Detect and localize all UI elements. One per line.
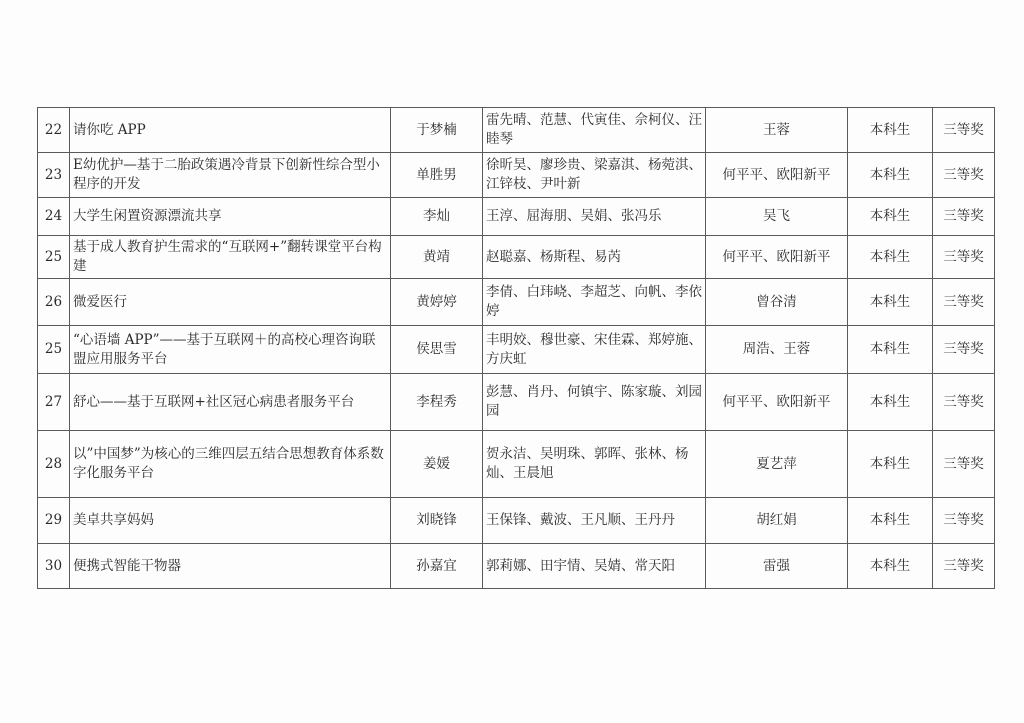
advisor: 胡红娟 — [706, 498, 848, 544]
team-members: 王淳、屈海朋、吴娟、张冯乐 — [483, 198, 706, 236]
project-leader: 侯思雪 — [391, 326, 483, 374]
project-leader: 李程秀 — [391, 374, 483, 431]
advisor: 雷强 — [706, 544, 848, 589]
student-level: 本科生 — [848, 374, 933, 431]
project-title: 舒心——基于互联网+社区冠心病患者服务平台 — [70, 374, 391, 431]
row-number: 25 — [38, 236, 70, 279]
table-row: 30 便携式智能干物器 孙嘉宜 郭莉娜、田宇情、吴婧、常天阳 雷强 本科生 三等… — [38, 544, 995, 589]
table-row: 25 基于成人教育护生需求的“互联网+”翻转课堂平台构建 黄靖 赵聪嘉、杨斯程、… — [38, 236, 995, 279]
project-leader: 黄婷婷 — [391, 279, 483, 326]
project-title: 基于成人教育护生需求的“互联网+”翻转课堂平台构建 — [70, 236, 391, 279]
advisor: 周浩、王蓉 — [706, 326, 848, 374]
project-leader: 刘晓锋 — [391, 498, 483, 544]
table-row: 24 大学生闲置资源漂流共享 李灿 王淳、屈海朋、吴娟、张冯乐 吴飞 本科生 三… — [38, 198, 995, 236]
advisor: 何平平、欧阳新平 — [706, 374, 848, 431]
table-row: 29 美卓共享妈妈 刘晓锋 王保锋、戴波、王凡顺、王丹丹 胡红娟 本科生 三等奖 — [38, 498, 995, 544]
table-row: 22 请你吃 APP 于梦楠 雷先晴、范慧、代寅佳、佘柯仪、汪睦琴 王蓉 本科生… — [38, 108, 995, 153]
advisor: 何平平、欧阳新平 — [706, 153, 848, 198]
project-title: 以”中国梦”为核心的三维四层五结合思想教育体系数字化服务平台 — [70, 431, 391, 498]
team-members: 徐昕昊、廖珍贵、梁嘉淇、杨菀淇、江锌枝、尹叶新 — [483, 153, 706, 198]
team-members: 郭莉娜、田宇情、吴婧、常天阳 — [483, 544, 706, 589]
row-number: 26 — [38, 279, 70, 326]
project-title: 便携式智能干物器 — [70, 544, 391, 589]
advisor: 夏艺萍 — [706, 431, 848, 498]
prize: 三等奖 — [933, 498, 995, 544]
table-row: 27 舒心——基于互联网+社区冠心病患者服务平台 李程秀 彭慧、肖丹、何镇宇、陈… — [38, 374, 995, 431]
document-page: 22 请你吃 APP 于梦楠 雷先晴、范慧、代寅佳、佘柯仪、汪睦琴 王蓉 本科生… — [0, 0, 1024, 723]
project-leader: 孙嘉宜 — [391, 544, 483, 589]
awards-table: 22 请你吃 APP 于梦楠 雷先晴、范慧、代寅佳、佘柯仪、汪睦琴 王蓉 本科生… — [37, 107, 995, 589]
project-title: 大学生闲置资源漂流共享 — [70, 198, 391, 236]
project-title: 美卓共享妈妈 — [70, 498, 391, 544]
awards-table-body: 22 请你吃 APP 于梦楠 雷先晴、范慧、代寅佳、佘柯仪、汪睦琴 王蓉 本科生… — [38, 108, 995, 589]
row-number: 29 — [38, 498, 70, 544]
row-number: 23 — [38, 153, 70, 198]
team-members: 彭慧、肖丹、何镇宇、陈家璇、刘园园 — [483, 374, 706, 431]
prize: 三等奖 — [933, 198, 995, 236]
team-members: 雷先晴、范慧、代寅佳、佘柯仪、汪睦琴 — [483, 108, 706, 153]
student-level: 本科生 — [848, 198, 933, 236]
project-leader: 李灿 — [391, 198, 483, 236]
student-level: 本科生 — [848, 431, 933, 498]
student-level: 本科生 — [848, 498, 933, 544]
team-members: 李倩、白玮峣、李超芝、向帆、李依婷 — [483, 279, 706, 326]
table-row: 26 微爱医行 黄婷婷 李倩、白玮峣、李超芝、向帆、李依婷 曾谷清 本科生 三等… — [38, 279, 995, 326]
row-number: 27 — [38, 374, 70, 431]
table-row: 28 以”中国梦”为核心的三维四层五结合思想教育体系数字化服务平台 姜媛 贺永洁… — [38, 431, 995, 498]
prize: 三等奖 — [933, 544, 995, 589]
project-title: E幼优护—基于二胎政策遇冷背景下创新性综合型小程序的开发 — [70, 153, 391, 198]
project-leader: 于梦楠 — [391, 108, 483, 153]
project-leader: 单胜男 — [391, 153, 483, 198]
student-level: 本科生 — [848, 544, 933, 589]
team-members: 王保锋、戴波、王凡顺、王丹丹 — [483, 498, 706, 544]
prize: 三等奖 — [933, 279, 995, 326]
project-title: 微爱医行 — [70, 279, 391, 326]
student-level: 本科生 — [848, 153, 933, 198]
student-level: 本科生 — [848, 326, 933, 374]
row-number: 22 — [38, 108, 70, 153]
prize: 三等奖 — [933, 153, 995, 198]
project-title: 请你吃 APP — [70, 108, 391, 153]
project-leader: 黄靖 — [391, 236, 483, 279]
prize: 三等奖 — [933, 326, 995, 374]
project-leader: 姜媛 — [391, 431, 483, 498]
student-level: 本科生 — [848, 236, 933, 279]
row-number: 25 — [38, 326, 70, 374]
prize: 三等奖 — [933, 431, 995, 498]
team-members: 丰明姣、穆世豪、宋佳霖、郑婷施、方庆虹 — [483, 326, 706, 374]
prize: 三等奖 — [933, 374, 995, 431]
advisor: 吴飞 — [706, 198, 848, 236]
team-members: 贺永洁、吴明珠、郭晖、张林、杨灿、王晨旭 — [483, 431, 706, 498]
advisor: 何平平、欧阳新平 — [706, 236, 848, 279]
row-number: 24 — [38, 198, 70, 236]
student-level: 本科生 — [848, 108, 933, 153]
row-number: 30 — [38, 544, 70, 589]
student-level: 本科生 — [848, 279, 933, 326]
team-members: 赵聪嘉、杨斯程、易芮 — [483, 236, 706, 279]
project-title: “心语墙 APP”——基于互联网＋的高校心理咨询联盟应用服务平台 — [70, 326, 391, 374]
table-row: 25 “心语墙 APP”——基于互联网＋的高校心理咨询联盟应用服务平台 侯思雪 … — [38, 326, 995, 374]
prize: 三等奖 — [933, 236, 995, 279]
table-row: 23 E幼优护—基于二胎政策遇冷背景下创新性综合型小程序的开发 单胜男 徐昕昊、… — [38, 153, 995, 198]
row-number: 28 — [38, 431, 70, 498]
prize: 三等奖 — [933, 108, 995, 153]
advisor: 王蓉 — [706, 108, 848, 153]
advisor: 曾谷清 — [706, 279, 848, 326]
